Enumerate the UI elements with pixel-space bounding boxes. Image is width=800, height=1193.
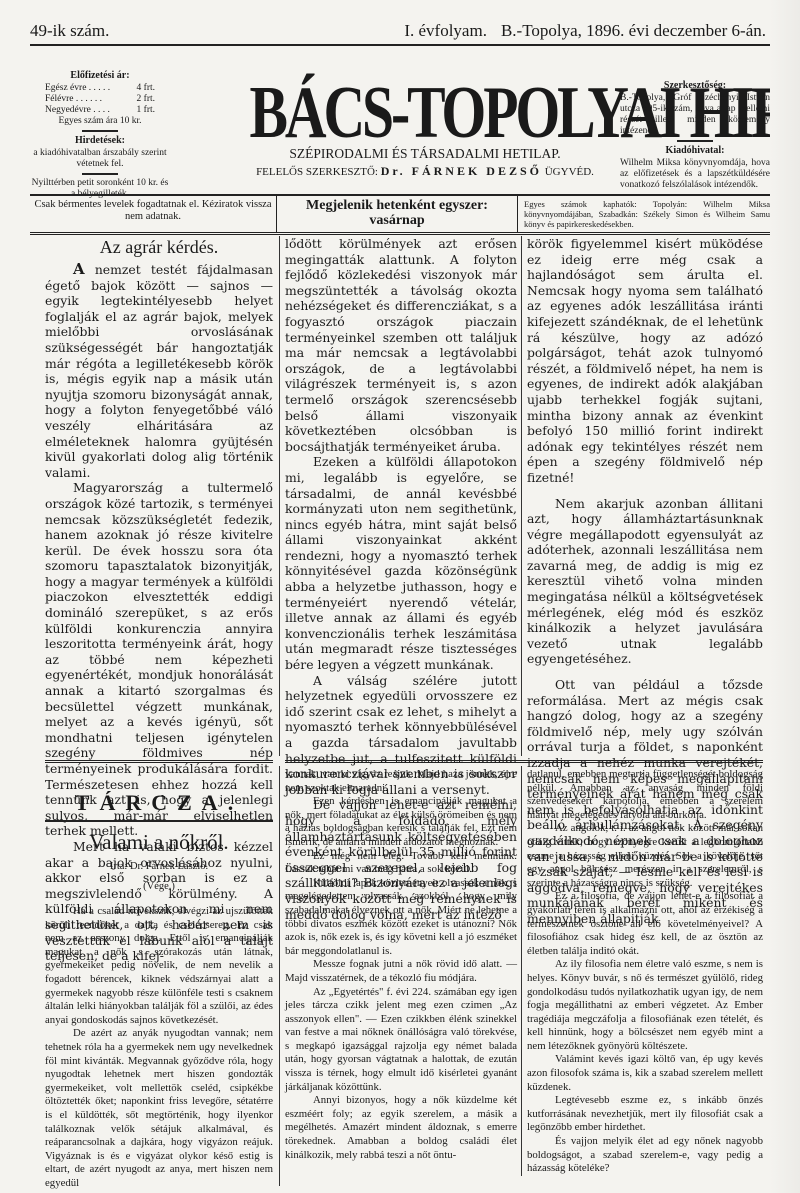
section-divider — [285, 760, 763, 763]
feuilleton-column-3: datlanul, emebben megtartja függetlenség… — [527, 768, 763, 1176]
column-rule — [279, 766, 280, 1186]
publisher-text: Wilhelm Miksa könyvnyomdája, hova az elő… — [620, 158, 770, 191]
ads-heading: Hirdetések: — [30, 135, 170, 146]
newspaper-subtitle: SZÉPIRODALMI ÉS TÁRSADALMI HETILAP. — [200, 146, 650, 162]
divider — [82, 130, 118, 132]
price-row: Egész évre . . . . .4 frt. — [45, 83, 155, 94]
editorial-heading: Szerkesztőség: — [620, 80, 770, 91]
single-copy-price: Egyes szám ára 10 kr. — [30, 116, 170, 127]
divider — [45, 820, 273, 822]
section-divider — [45, 760, 273, 763]
feuilleton-end-note: (Vége.) — [45, 881, 273, 892]
feuilleton-title: Valami a nőkről. — [45, 830, 273, 855]
editor-line: FELELŐS SZERKESZTŐ: Dr. FÁRNEK DEZSŐ ÜGY… — [200, 164, 650, 179]
column-rule — [279, 236, 280, 756]
newspaper-page: 49-ik szám. I. évfolyam. B.-Topolya, 189… — [30, 0, 770, 1193]
price-row: Negyedévre . . . .1 frt. — [45, 105, 155, 116]
editor-name: Dr. FÁRNEK DEZSŐ — [381, 164, 542, 178]
editorial-office-box: Szerkesztőség: B.-Topolya, Gróf Széchény… — [620, 80, 770, 191]
letters-notice: Csak bérmentes levelek fogadtatnak el. K… — [30, 196, 277, 232]
scan-edge — [770, 0, 800, 1193]
price-row: Félévre . . . . . .2 frt. — [45, 94, 155, 105]
divider — [82, 173, 118, 175]
publisher-heading: Kiadóhivatal: — [620, 145, 770, 156]
subscription-heading: Előfizetési ár: — [30, 70, 170, 81]
feuilleton-section-heading: TÁRCZA. — [45, 790, 273, 816]
divider — [677, 140, 713, 142]
volume: I. évfolyam. — [404, 21, 487, 44]
ads-text: a kiadóhivatalban árszabály szerint véte… — [30, 148, 170, 170]
issue-header: 49-ik szám. I. évfolyam. B.-Topolya, 189… — [30, 20, 770, 46]
feuilleton-column-2: vannak, van ki vigyáz reájuk. Majd haza … — [285, 768, 517, 1162]
issue-number: 49-ik szám. — [30, 21, 109, 44]
column-rule — [521, 766, 522, 1176]
editorial-text: B.-Topolya, Gróf Széchényi István utcza … — [620, 93, 770, 137]
feuilleton-byline: Irta: Dr. Fárnek László. — [45, 861, 273, 872]
drop-cap: A — [73, 260, 85, 278]
newspaper-title: BÁCS-TOPOLYAI HIRLAP. — [250, 74, 601, 152]
feuilleton-column-1: Ha a család növekszik, elvégzi az ujszül… — [45, 905, 273, 1190]
publication-schedule: Megjelenik hetenként egyszer: vasárnap — [277, 196, 518, 232]
sales-points: Egyes számok kaphatók: Topolyán: Wilhelm… — [518, 196, 770, 232]
column-rule — [521, 236, 522, 756]
info-bar: Csak bérmentes levelek fogadtatnak el. K… — [30, 194, 770, 235]
place-date: B.-Topolya, 1896. évi deczember 6-án. — [501, 21, 766, 44]
subscription-box: Előfizetési ár: Egész évre . . . . .4 fr… — [30, 70, 170, 200]
article-title: Az agrár kérdés. — [45, 236, 273, 258]
